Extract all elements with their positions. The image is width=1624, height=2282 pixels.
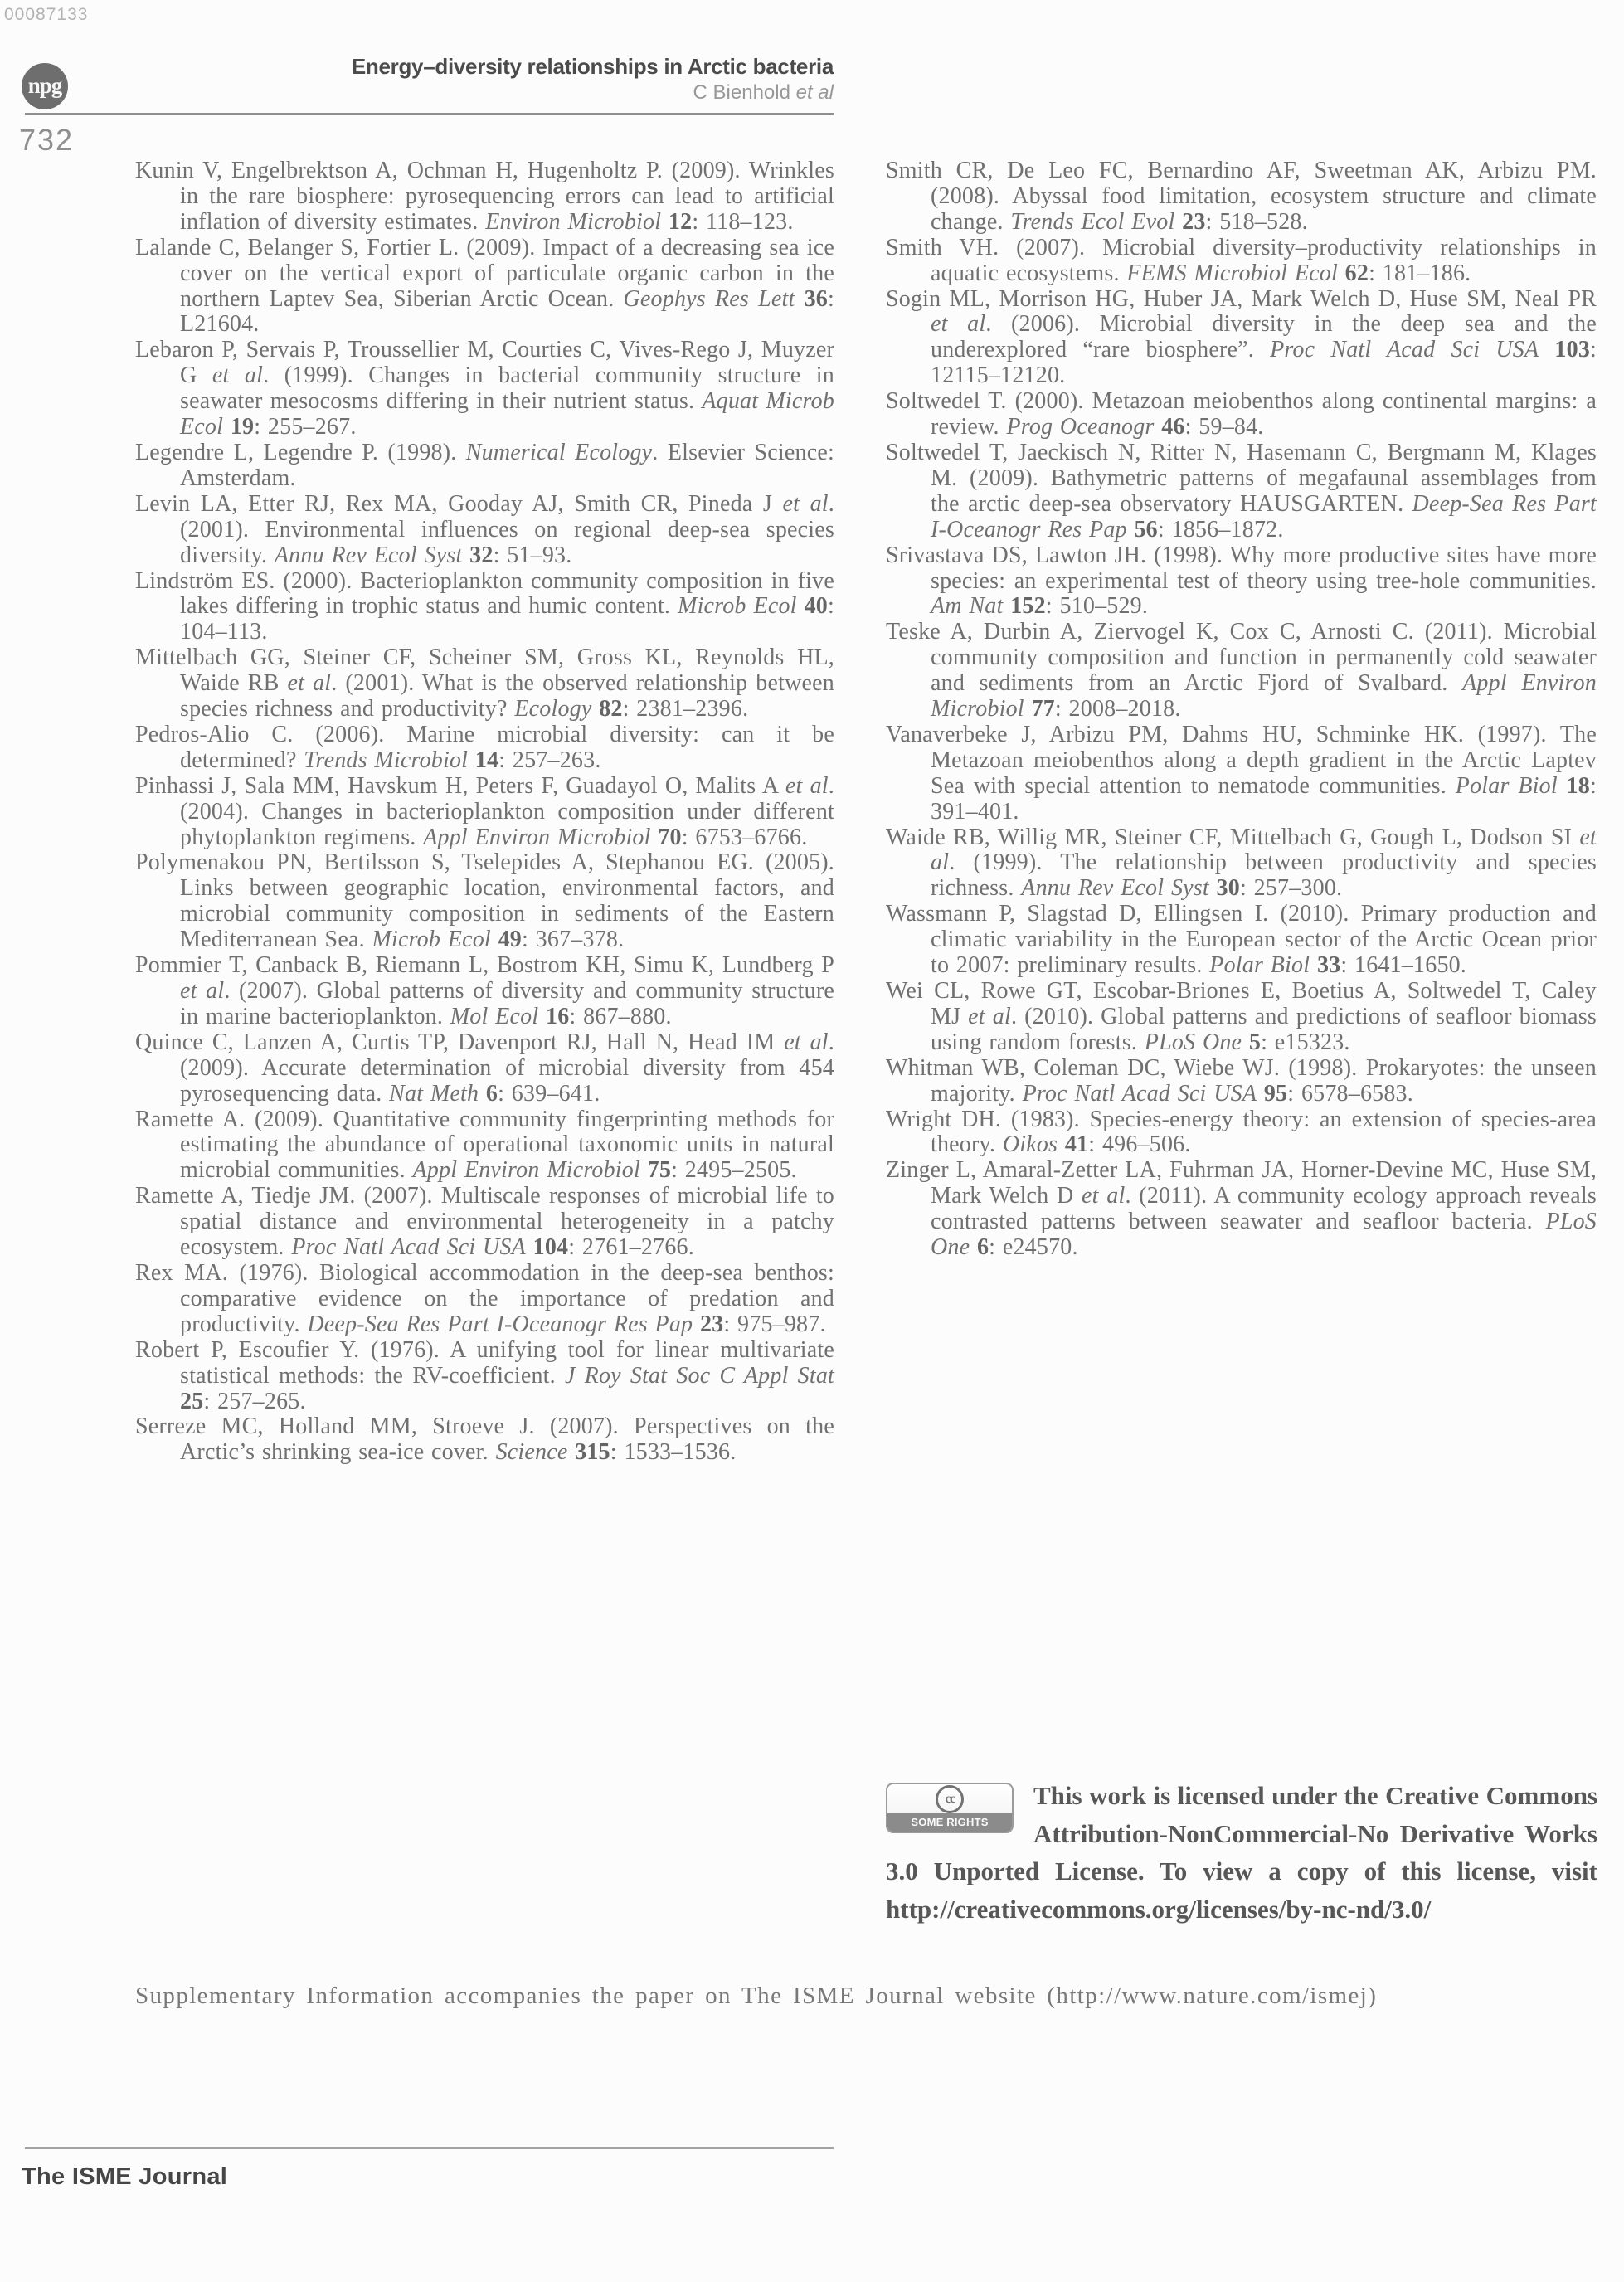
reference-entry: Pedros-Alio C. (2006). Marine microbial … xyxy=(135,723,834,774)
running-byline: C Bienhold et al xyxy=(0,80,834,105)
reference-entry: Srivastava DS, Lawton JH. (1998). Why mo… xyxy=(886,543,1597,620)
reference-entry: Smith CR, De Leo FC, Bernardino AF, Swee… xyxy=(886,158,1597,236)
references-column-left: Kunin V, Engelbrektson A, Ochman H, Huge… xyxy=(135,158,834,1466)
reference-entry: Kunin V, Engelbrektson A, Ochman H, Huge… xyxy=(135,158,834,236)
references-column-right: Smith CR, De Leo FC, Bernardino AF, Swee… xyxy=(886,158,1597,1261)
license-note: cc SOME RIGHTS RESERVED This work is lic… xyxy=(886,1777,1597,1928)
reference-entry: Wassmann P, Slagstad D, Ellingsen I. (20… xyxy=(886,902,1597,979)
reference-entry: Ramette A, Tiedje JM. (2007). Multiscale… xyxy=(135,1184,834,1261)
reference-entry: Polymenakou PN, Bertilsson S, Tselepides… xyxy=(135,850,834,953)
reference-entry: Soltwedel T, Jaeckisch N, Ritter N, Hase… xyxy=(886,440,1597,543)
reference-entry: Lalande C, Belanger S, Fortier L. (2009)… xyxy=(135,236,834,338)
reference-entry: Lebaron P, Servais P, Troussellier M, Co… xyxy=(135,338,834,440)
reference-entry: Waide RB, Willig MR, Steiner CF, Mittelb… xyxy=(886,825,1597,903)
reference-entry: Quince C, Lanzen A, Curtis TP, Davenport… xyxy=(135,1030,834,1107)
reference-entry: Soltwedel T. (2000). Metazoan meiobentho… xyxy=(886,389,1597,440)
scan-artifact-number: 00087133 xyxy=(4,5,88,25)
scanned-paper-page: 00087133 npg Energy–diversity relationsh… xyxy=(0,0,1624,2282)
reference-entry: Sogin ML, Morrison HG, Huber JA, Mark We… xyxy=(886,287,1597,390)
reference-entry: Pommier T, Canback B, Riemann L, Bostrom… xyxy=(135,953,834,1030)
reference-entry: Pinhassi J, Sala MM, Havskum H, Peters F… xyxy=(135,774,834,851)
cc-icon-row: cc xyxy=(887,1784,1012,1813)
reference-entry: Whitman WB, Coleman DC, Wiebe WJ. (1998)… xyxy=(886,1056,1597,1107)
running-header: Energy–diversity relationships in Arctic… xyxy=(0,53,834,105)
creative-commons-icon: cc xyxy=(936,1785,964,1813)
reference-entry: Robert P, Escoufier Y. (1976). A unifyin… xyxy=(135,1338,834,1415)
header-rule xyxy=(25,113,834,115)
reference-entry: Zinger L, Amaral-Zetter LA, Fuhrman JA, … xyxy=(886,1158,1597,1261)
supplementary-note: Supplementary Information accompanies th… xyxy=(135,1983,1612,2010)
page-number: 732 xyxy=(19,123,74,158)
reference-entry: Wright DH. (1983). Species-energy theory… xyxy=(886,1107,1597,1159)
footer-rule xyxy=(25,2147,834,2149)
cc-badge: cc SOME RIGHTS RESERVED xyxy=(886,1783,1014,1833)
reference-entry: Vanaverbeke J, Arbizu PM, Dahms HU, Schm… xyxy=(886,723,1597,825)
reference-entry: Rex MA. (1976). Biological accommodation… xyxy=(135,1261,834,1338)
reference-entry: Ramette A. (2009). Quantitative communit… xyxy=(135,1107,834,1185)
reference-entry: Mittelbach GG, Steiner CF, Scheiner SM, … xyxy=(135,645,834,723)
reference-entry: Smith VH. (2007). Microbial diversity–pr… xyxy=(886,236,1597,287)
reference-entry: Legendre L, Legendre P. (1998). Numerica… xyxy=(135,440,834,492)
footer-journal-name: The ISME Journal xyxy=(22,2163,227,2191)
reference-entry: Lindström ES. (2000). Bacterioplankton c… xyxy=(135,569,834,646)
byline-author: C Bienhold xyxy=(693,81,796,104)
reference-entry: Teske A, Durbin A, Ziervogel K, Cox C, A… xyxy=(886,620,1597,723)
cc-badge-label: SOME RIGHTS RESERVED xyxy=(887,1813,1012,1832)
byline-et-al: et al xyxy=(796,81,834,104)
reference-entry: Wei CL, Rowe GT, Escobar-Briones E, Boet… xyxy=(886,979,1597,1056)
running-title: Energy–diversity relationships in Arctic… xyxy=(0,53,834,80)
reference-entry: Serreze MC, Holland MM, Stroeve J. (2007… xyxy=(135,1414,834,1466)
reference-entry: Levin LA, Etter RJ, Rex MA, Gooday AJ, S… xyxy=(135,492,834,569)
